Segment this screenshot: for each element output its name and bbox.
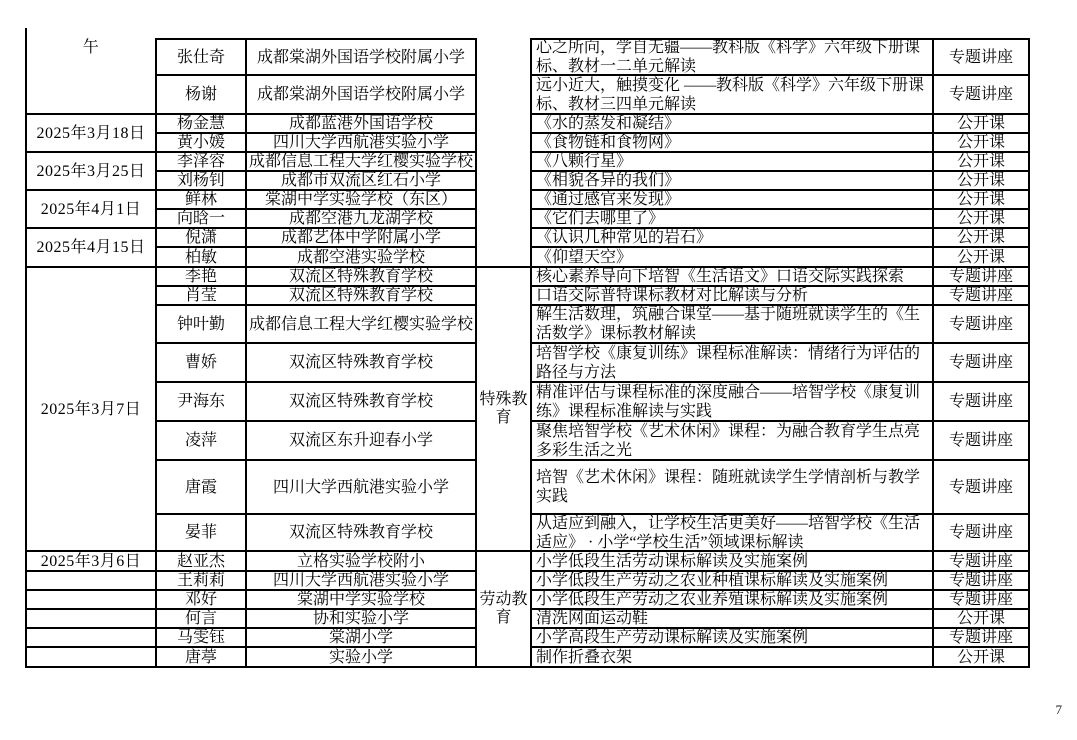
date-cell: 2025年3月6日 (25, 552, 157, 572)
speaker-name-cell: 李泽容 (157, 153, 247, 172)
speaker-name-cell: 邓好 (157, 591, 247, 610)
school-cell: 双流区特殊教育学校 (247, 344, 477, 383)
lecture-type-cell: 专题讲座 (934, 515, 1030, 552)
lecture-type-cell: 专题讲座 (934, 422, 1030, 461)
topic-cell: 口语交际普特课标教材对比解读与分析 (532, 287, 934, 306)
school-cell: 四川大学西航港实验小学 (247, 461, 477, 515)
date-cell: 2025年3月18日 (25, 115, 157, 153)
topic-cell: 小学低段生活劳动课标解读及实施案例 (532, 552, 934, 572)
lecture-type-cell: 公开课 (934, 191, 1030, 210)
topic-cell: 制作折叠衣架 (532, 648, 934, 668)
topic-cell: 《八颗行星》 (532, 153, 934, 172)
topic-cell: 《通过感官来发现》 (532, 191, 934, 210)
topic-cell: 《相貌各异的我们》 (532, 172, 934, 191)
lecture-type-cell: 公开课 (934, 648, 1030, 668)
speaker-name-cell: 刘杨钊 (157, 172, 247, 191)
speaker-name-cell: 钟叶勤 (157, 306, 247, 344)
school-cell: 成都空港实验学校 (247, 248, 477, 268)
lecture-type-cell: 专题讲座 (934, 287, 1030, 306)
topic-cell: 核心素养导向下培智《生活语文》口语交际实践探索 (532, 268, 934, 287)
topic-cell: 小学低段生产劳动之农业养殖课标解读及实施案例 (532, 591, 934, 610)
lecture-type-cell: 专题讲座 (934, 38, 1030, 76)
school-cell: 成都棠湖外国语学校附属小学 (247, 38, 477, 76)
schedule-table: 午2025年3月18日2025年3月25日2025年4月1日2025年4月15日… (25, 38, 1030, 668)
speaker-name-cell: 唐葶 (157, 648, 247, 668)
topic-cell: 远小近大，触摸变化 ——教科版《科学》六年级下册课标、教材三四单元解读 (532, 76, 934, 115)
lecture-type-cell: 专题讲座 (934, 268, 1030, 287)
lecture-type-cell: 公开课 (934, 210, 1030, 229)
lecture-type-cell: 公开课 (934, 153, 1030, 172)
topic-cell: 从适应到融入，让学校生活更美好——培智学校《生活适应》 · 小学“学校生活”领域… (532, 515, 934, 552)
topic-cell: 聚焦培智学校《艺术休闲》课程：为融合教育学生点亮多彩生活之光 (532, 422, 934, 461)
school-cell: 双流区特殊教育学校 (247, 383, 477, 422)
lecture-type-cell: 公开课 (934, 248, 1030, 268)
speaker-name-cell: 王莉莉 (157, 572, 247, 591)
speaker-name-cell: 鲜林 (157, 191, 247, 210)
topic-cell: 精准评估与课程标准的深度融合——培智学校《康复训练》课程标准解读与实践 (532, 383, 934, 422)
lecture-type-cell: 专题讲座 (934, 76, 1030, 115)
lecture-type-cell: 专题讲座 (934, 344, 1030, 383)
date-cell (25, 572, 157, 591)
school-cell: 成都空港九龙湖学校 (247, 210, 477, 229)
subject-category-cell: 劳动教育 (477, 552, 532, 668)
lecture-type-cell: 公开课 (934, 115, 1030, 134)
date-cell: 午 (25, 38, 157, 115)
topic-cell: 《食物链和食物网》 (532, 134, 934, 153)
speaker-name-cell: 凌萍 (157, 422, 247, 461)
school-cell: 立格实验学校附小 (247, 552, 477, 572)
school-cell: 棠湖小学 (247, 629, 477, 648)
speaker-name-cell: 倪潇 (157, 229, 247, 248)
lecture-type-cell: 公开课 (934, 610, 1030, 629)
date-cell (25, 591, 157, 610)
school-cell: 四川大学西航港实验小学 (247, 572, 477, 591)
school-cell: 双流区特殊教育学校 (247, 287, 477, 306)
speaker-name-cell: 向晗一 (157, 210, 247, 229)
date-cell (25, 648, 157, 668)
school-cell: 四川大学西航港实验小学 (247, 134, 477, 153)
lecture-type-cell: 专题讲座 (934, 306, 1030, 344)
speaker-name-cell: 柏敏 (157, 248, 247, 268)
speaker-name-cell: 马雯钰 (157, 629, 247, 648)
lecture-type-cell: 公开课 (934, 229, 1030, 248)
school-cell: 协和实验小学 (247, 610, 477, 629)
topic-cell: 清洗网面运动鞋 (532, 610, 934, 629)
topic-cell: 心之所向，学自无疆——教科版《科学》六年级下册课标、教材一二单元解读 (532, 38, 934, 76)
speaker-name-cell: 唐霞 (157, 461, 247, 515)
topic-cell: 《仰望天空》 (532, 248, 934, 268)
lecture-type-cell: 公开课 (934, 134, 1030, 153)
lecture-type-cell: 专题讲座 (934, 629, 1030, 648)
page-number: 7 (1042, 702, 1062, 718)
lecture-type-cell: 专题讲座 (934, 552, 1030, 572)
date-cell: 2025年3月7日 (25, 268, 157, 552)
speaker-name-cell: 曹娇 (157, 344, 247, 383)
topic-cell: 《认识几种常见的岩石》 (532, 229, 934, 248)
speaker-name-cell: 杨金慧 (157, 115, 247, 134)
school-cell: 成都信息工程大学红樱实验学校 (247, 153, 477, 172)
table-border-continuation (25, 28, 27, 38)
date-cell: 2025年3月25日 (25, 153, 157, 191)
document-page: 午2025年3月18日2025年3月25日2025年4月1日2025年4月15日… (0, 0, 1077, 740)
school-cell: 双流区特殊教育学校 (247, 268, 477, 287)
school-cell: 成都信息工程大学红樱实验学校 (247, 306, 477, 344)
school-cell: 棠湖中学实验学校 (247, 591, 477, 610)
topic-cell: 《水的蒸发和凝结》 (532, 115, 934, 134)
school-cell: 成都艺体中学附属小学 (247, 229, 477, 248)
speaker-name-cell: 赵亚杰 (157, 552, 247, 572)
speaker-name-cell: 晏菲 (157, 515, 247, 552)
school-cell: 实验小学 (247, 648, 477, 668)
school-cell: 成都蓝港外国语学校 (247, 115, 477, 134)
topic-cell: 小学低段生产劳动之农业种植课标解读及实施案例 (532, 572, 934, 591)
school-cell: 双流区东升迎春小学 (247, 422, 477, 461)
date-cell (25, 610, 157, 629)
speaker-name-cell: 何言 (157, 610, 247, 629)
topic-cell: 培智学校《康复训练》课程标准解读：情绪行为评估的路径与方法 (532, 344, 934, 383)
speaker-name-cell: 杨谢 (157, 76, 247, 115)
topic-cell: 解生活数理，筑融合课堂——基于随班就读学生的《生活数学》课标教材解读 (532, 306, 934, 344)
subject-category-cell: 特殊教育 (477, 268, 532, 552)
speaker-name-cell: 黄小媛 (157, 134, 247, 153)
date-cell: 2025年4月1日 (25, 191, 157, 229)
speaker-name-cell: 李艳 (157, 268, 247, 287)
subject-category-cell (477, 38, 532, 268)
topic-cell: 小学高段生产劳动课标解读及实施案例 (532, 629, 934, 648)
lecture-type-cell: 专题讲座 (934, 383, 1030, 422)
date-cell: 2025年4月15日 (25, 229, 157, 268)
school-cell: 成都棠湖外国语学校附属小学 (247, 76, 477, 115)
speaker-name-cell: 张仕奇 (157, 38, 247, 76)
school-cell: 双流区特殊教育学校 (247, 515, 477, 552)
school-cell: 棠湖中学实验学校（东区） (247, 191, 477, 210)
speaker-name-cell: 尹海东 (157, 383, 247, 422)
lecture-type-cell: 公开课 (934, 172, 1030, 191)
school-cell: 成都市双流区红石小学 (247, 172, 477, 191)
topic-cell: 《它们去哪里了》 (532, 210, 934, 229)
date-cell (25, 629, 157, 648)
speaker-name-cell: 肖莹 (157, 287, 247, 306)
lecture-type-cell: 专题讲座 (934, 461, 1030, 515)
lecture-type-cell: 专题讲座 (934, 591, 1030, 610)
lecture-type-cell: 专题讲座 (934, 572, 1030, 591)
topic-cell: 培智《艺术休闲》课程：随班就读学生学情剖析与教学实践 (532, 461, 934, 515)
